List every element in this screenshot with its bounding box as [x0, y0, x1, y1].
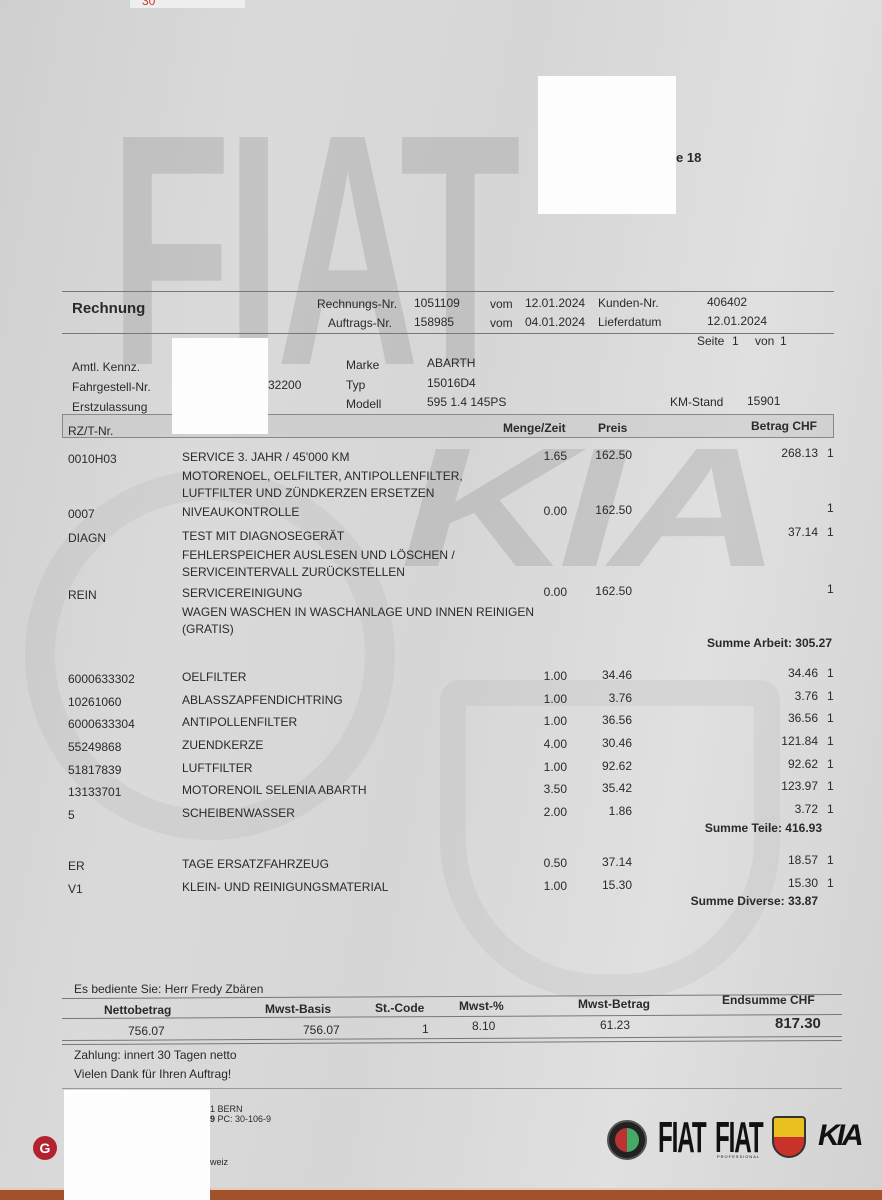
net-amount: 756.07 [128, 1024, 165, 1038]
item-description: MOTORENOEL, OELFILTER, ANTIPOLLENFILTER, [182, 469, 463, 483]
item-tax-code: 1 [827, 666, 834, 680]
item-amount: 3.76 [795, 689, 818, 703]
item-quantity: 0.50 [544, 856, 567, 870]
page-number: 1 [732, 334, 739, 348]
footer-country: weiz [210, 1157, 228, 1167]
grand-total: 817.30 [775, 1015, 821, 1032]
order-date-label: vom [490, 316, 513, 330]
delivery-date-label: Lieferdatum [598, 315, 661, 329]
item-description: TAGE ERSATZFAHRZEUG [182, 857, 329, 871]
invoice-date: 12.01.2024 [525, 296, 585, 310]
item-number: 0007 [68, 507, 95, 521]
abarth-logo-icon [772, 1116, 806, 1158]
item-number: 5 [68, 808, 75, 822]
item-price: 36.56 [602, 713, 632, 727]
col-amount-header: Betrag CHF [751, 419, 817, 433]
divider [62, 291, 834, 292]
item-description: FEHLERSPEICHER AUSLESEN UND LÖSCHEN / [182, 548, 455, 562]
item-tax-code: 1 [827, 853, 834, 867]
customer-number-label: Kunden-Nr. [598, 296, 659, 310]
customer-number: 406402 [707, 295, 747, 309]
abarth-watermark [440, 680, 780, 1000]
item-description: SERVICEREINIGUNG [182, 586, 302, 600]
item-amount: 36.56 [788, 711, 818, 725]
item-number: 10261060 [68, 695, 121, 709]
divider [62, 1040, 842, 1045]
invoice-number-label: Rechnungs-Nr. [317, 297, 397, 311]
item-description: ABLASSZAPFENDICHTRING [182, 693, 343, 707]
item-price: 37.14 [602, 855, 632, 869]
item-price: 35.42 [602, 781, 632, 795]
garage-logo-icon: G [33, 1136, 57, 1160]
item-number: 55249868 [68, 740, 121, 754]
vat-amount-header: Mwst-Betrag [578, 997, 650, 1011]
footer-account: 9 PC: 30-106-9 [210, 1114, 271, 1124]
vat-rate-header: Mwst-% [459, 999, 504, 1013]
divider [62, 1088, 842, 1089]
divider [62, 1014, 842, 1019]
item-tax-code: 1 [827, 734, 834, 748]
item-number: 6000633302 [68, 672, 135, 686]
vin-fragment: 32200 [268, 378, 301, 392]
item-amount: 268.13 [781, 446, 818, 460]
item-tax-code: 1 [827, 525, 834, 539]
item-quantity: 2.00 [544, 805, 567, 819]
item-number: V1 [68, 882, 83, 896]
item-tax-code: 1 [827, 876, 834, 890]
item-price: 30.46 [602, 736, 632, 750]
brand-label: Marke [346, 358, 379, 372]
item-description: KLEIN- UND REINIGUNGSMATERIAL [182, 880, 388, 894]
item-amount: 3.72 [795, 802, 818, 816]
item-quantity: 1.00 [544, 669, 567, 683]
item-price: 15.30 [602, 878, 632, 892]
item-tax-code: 1 [827, 802, 834, 816]
item-tax-code: 1 [827, 689, 834, 703]
document-title: Rechnung [72, 300, 145, 317]
item-number: 6000633304 [68, 717, 135, 731]
invoice-number: 1051109 [414, 296, 460, 310]
item-amount: 92.62 [788, 757, 818, 771]
item-quantity: 1.00 [544, 879, 567, 893]
item-description: OELFILTER [182, 670, 246, 684]
tax-code: 1 [422, 1022, 429, 1036]
page-label: Seite [697, 334, 724, 348]
delivery-date: 12.01.2024 [707, 314, 767, 328]
plate-label: Amtl. Kennz. [72, 360, 140, 374]
item-quantity: 1.00 [544, 760, 567, 774]
item-description: SERVICEINTERVALL ZURÜCKSTELLEN [182, 565, 405, 579]
redacted-vehicle-data [172, 338, 268, 434]
type-value: 15016D4 [427, 376, 476, 390]
item-amount: 34.46 [788, 666, 818, 680]
item-description: SERVICE 3. JAHR / 45'000 KM [182, 450, 349, 464]
item-tax-code: 1 [827, 501, 834, 515]
item-number: REIN [68, 588, 97, 602]
item-amount: 15.30 [788, 876, 818, 890]
item-description: ANTIPOLLENFILTER [182, 715, 297, 729]
invoice-date-label: vom [490, 297, 513, 311]
order-number-label: Auftrags-Nr. [328, 316, 392, 330]
redacted-address [538, 76, 676, 214]
thank-you-note: Vielen Dank für Ihren Auftrag! [74, 1067, 231, 1081]
parts-subtotal: Summe Teile: 416.93 [705, 821, 822, 835]
item-tax-code: 1 [827, 582, 834, 596]
mileage-label: KM-Stand [670, 395, 723, 409]
item-number: 13133701 [68, 785, 121, 799]
item-description: LUFTFILTER UND ZÜNDKERZEN ERSETZEN [182, 486, 434, 500]
item-description: MOTORENOIL SELENIA ABARTH [182, 783, 367, 797]
item-quantity: 0.00 [544, 585, 567, 599]
item-price: 92.62 [602, 759, 632, 773]
model-label: Modell [346, 397, 381, 411]
item-description: TEST MIT DIAGNOSEGERÄT [182, 529, 344, 543]
item-description: LUFTFILTER [182, 761, 252, 775]
item-number: ER [68, 859, 85, 873]
item-tax-code: 1 [827, 711, 834, 725]
col-number-header: RZ/T-Nr. [68, 424, 113, 438]
footer-address: 1 BERN [210, 1104, 243, 1114]
top-slip: 30 [130, 0, 245, 8]
vin-label: Fahrgestell-Nr. [72, 380, 151, 394]
item-quantity: 3.50 [544, 782, 567, 796]
item-tax-code: 1 [827, 446, 834, 460]
vat-amount: 61.23 [600, 1018, 630, 1032]
item-number: DIAGN [68, 531, 106, 545]
net-amount-header: Nettobetrag [104, 1003, 171, 1017]
item-amount: 123.97 [781, 779, 818, 793]
item-tax-code: 1 [827, 757, 834, 771]
footer-account-text: PC: 30-106-9 [215, 1114, 271, 1124]
item-price: 162.50 [595, 584, 632, 598]
alfa-romeo-logo-icon [607, 1120, 647, 1160]
payment-terms: Zahlung: innert 30 Tagen netto [74, 1048, 237, 1062]
item-number: 0010H03 [68, 452, 117, 466]
order-number: 158985 [414, 315, 454, 329]
item-quantity: 4.00 [544, 737, 567, 751]
brand-value: ABARTH [427, 356, 475, 370]
misc-subtotal: Summe Diverse: 33.87 [691, 894, 818, 908]
fiat-logo: FIAT [658, 1113, 706, 1163]
item-description: ZUENDKERZE [182, 738, 263, 752]
registration-label: Erstzulassung [72, 400, 147, 414]
invoice-paper: 30 FIAT KIA e 18 Rechnung Rechnungs-Nr. … [0, 0, 882, 1190]
item-amount: 18.57 [788, 853, 818, 867]
item-price: 3.76 [609, 691, 632, 705]
item-quantity: 1.00 [544, 714, 567, 728]
col-quantity-header: Menge/Zeit [503, 421, 566, 435]
item-price: 162.50 [595, 448, 632, 462]
grand-total-header: Endsumme CHF [722, 993, 815, 1007]
order-date: 04.01.2024 [525, 315, 585, 329]
served-by: Es bediente Sie: Herr Fredy Zbären [74, 982, 263, 996]
col-price-header: Preis [598, 421, 627, 435]
item-price: 162.50 [595, 503, 632, 517]
item-description: WAGEN WASCHEN IN WASCHANLAGE UND INNEN R… [182, 605, 534, 619]
type-label: Typ [346, 378, 365, 392]
tax-code-header: St.-Code [375, 1001, 424, 1015]
fiat-professional-sub: PROFESSIONAL [717, 1154, 760, 1159]
alfa-romeo-emblem [615, 1128, 639, 1152]
kia-watermark: KIA [400, 410, 768, 606]
item-quantity: 1.65 [544, 449, 567, 463]
item-quantity: 1.00 [544, 692, 567, 706]
item-quantity: 0.00 [544, 504, 567, 518]
address-fragment: e 18 [676, 150, 701, 165]
item-description: NIVEAUKONTROLLE [182, 505, 299, 519]
vat-base-header: Mwst-Basis [265, 1002, 331, 1016]
item-description: SCHEIBENWASSER [182, 806, 295, 820]
item-tax-code: 1 [827, 779, 834, 793]
item-price: 1.86 [609, 804, 632, 818]
mileage-value: 15901 [747, 394, 780, 408]
kia-logo: KIA [818, 1119, 861, 1153]
labor-subtotal: Summe Arbeit: 305.27 [707, 636, 832, 650]
item-amount: 37.14 [788, 525, 818, 539]
item-price: 34.46 [602, 668, 632, 682]
item-number: 51817839 [68, 763, 121, 777]
model-value: 595 1.4 145PS [427, 395, 506, 409]
page-total: 1 [780, 334, 787, 348]
redacted-company [64, 1090, 210, 1200]
page-of-label: von [755, 334, 774, 348]
vat-base: 756.07 [303, 1023, 340, 1037]
vat-rate: 8.10 [472, 1019, 495, 1033]
item-description: (GRATIS) [182, 622, 234, 636]
item-amount: 121.84 [781, 734, 818, 748]
